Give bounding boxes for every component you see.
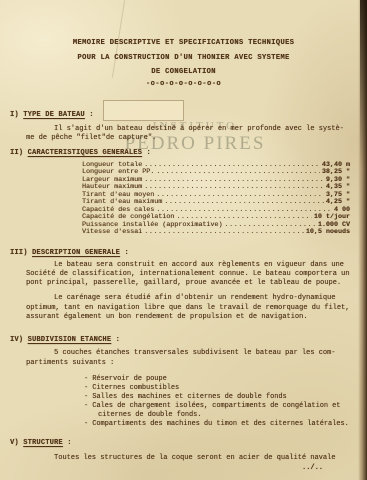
page-edge-shadow-top — [360, 0, 367, 170]
paragraph-line: Toutes les structures de la coque seront… — [26, 454, 356, 464]
paragraph-line: assurant également un bon rendement de p… — [26, 313, 356, 322]
leader-dots — [176, 214, 312, 222]
leader-dots — [144, 184, 324, 192]
row-label: Vitesse d'essai — [82, 229, 142, 237]
paragraph-line: 5 couches étanches transversales subdivi… — [26, 349, 356, 358]
section3-colon: : — [124, 249, 128, 257]
continuation-mark: ../.. — [302, 464, 323, 472]
paragraph-line: me de pêche "filet"de capture". — [26, 134, 356, 144]
leader-dots — [156, 192, 324, 200]
paragraph-line: partiments suivants : — [26, 359, 356, 368]
leader-dots — [144, 162, 320, 170]
paragraph-line: Le bateau sera construit en accord aux r… — [26, 261, 356, 270]
document-content: MEMOIRE DESCRIPTIVE ET SPECIFICATIONS TE… — [0, 0, 367, 480]
list-item: - Citernes combustibles — [84, 384, 356, 393]
leader-dots — [224, 222, 315, 230]
title-line1: MEMOIRE DESCRIPTIVE ET SPECIFICATIONS TE… — [0, 36, 367, 51]
section5-colon: : — [67, 439, 71, 447]
table-row: Vitesse d'essai 10,5 noeuds — [82, 229, 350, 237]
section1-paragraph: Il s'agit d'un bateau destiné à opérer e… — [26, 125, 356, 144]
section5-paragraph: Toutes les structures de la coque seront… — [26, 454, 356, 464]
leader-dots — [156, 207, 332, 215]
section4-label: SUBDIVISION ETANCHE — [28, 336, 112, 344]
paragraph-line: Le carénage sera étudié afin d'obtenir u… — [26, 294, 356, 303]
characteristics-table: Longueur totale 43,40 m Longueur entre P… — [82, 162, 350, 237]
section2-label: CARACTERISTIQUES GENERALES — [28, 149, 142, 157]
section1-colon: : — [89, 111, 93, 119]
compartment-list: - Réservoir de poupe - Citernes combusti… — [84, 375, 356, 429]
list-item: - Compartiments des machines du timon et… — [84, 420, 356, 429]
title-line3: DE CONGELATION — [0, 65, 367, 80]
list-item: - Cales de chargement isolées, compartim… — [84, 402, 356, 411]
paragraph-line: optimum, tant en navigation libre que da… — [26, 304, 356, 313]
section3-number: III) — [10, 249, 28, 257]
section4-colon: : — [116, 336, 120, 344]
section2-number: II) — [10, 149, 23, 157]
leader-dots — [144, 177, 324, 185]
paragraph-line: Il s'agit d'un bateau destiné à opérer e… — [26, 125, 356, 135]
section3-paragraph2: Le carénage sera étudié afin d'obtenir u… — [26, 294, 356, 322]
section3-label: DESCRIPTION GENERALE — [32, 249, 120, 257]
section-heading-description-generale: III) DESCRIPTION GENERALE : — [10, 249, 367, 257]
section1-number: I) — [10, 111, 19, 119]
section4-number: IV) — [10, 336, 23, 344]
section-heading-structure: V) STRUCTURE : — [10, 439, 367, 447]
title-line2: POUR LA CONSTRUCTION D'UN THONIER AVEC S… — [0, 51, 367, 66]
paragraph-line: pont principal, passerelle, gaillard, pr… — [26, 279, 356, 288]
leader-dots — [156, 169, 320, 177]
section-heading-caracteristiques: II) CARACTERISTIQUES GENERALES : — [10, 149, 367, 157]
section-heading-type-de-bateau: I) TYPE DE BATEAU : — [10, 111, 367, 119]
section4-paragraph: 5 couches étanches transversales subdivi… — [26, 349, 356, 368]
list-item: - Réservoir de poupe — [84, 375, 356, 384]
leader-dots — [144, 229, 304, 237]
section5-label: STRUCTURE — [23, 439, 63, 447]
title-ornament: -o-o-o-o-o-o-o-o — [0, 80, 367, 89]
section5-number: V) — [10, 439, 19, 447]
leader-dots — [164, 199, 324, 207]
section-heading-subdivision-etanche: IV) SUBDIVISION ETANCHE : — [10, 336, 367, 344]
section3-paragraph1: Le bateau sera construit en accord aux r… — [26, 261, 356, 289]
document-title: MEMOIRE DESCRIPTIVE ET SPECIFICATIONS TE… — [0, 0, 367, 89]
section1-label: TYPE DE BATEAU — [23, 111, 85, 119]
list-item-continuation: citernes de double fonds. — [84, 411, 356, 420]
row-value: 10,5 noeuds — [306, 229, 350, 237]
scanned-document-page: INSTITUTO PEDRO PIRES MEMOIRE DESCRIPTIV… — [0, 0, 367, 480]
paragraph-line: Société de classification, international… — [26, 270, 356, 279]
list-item: - Salles des machines et citernes de dou… — [84, 393, 356, 402]
section2-colon: : — [146, 149, 150, 157]
